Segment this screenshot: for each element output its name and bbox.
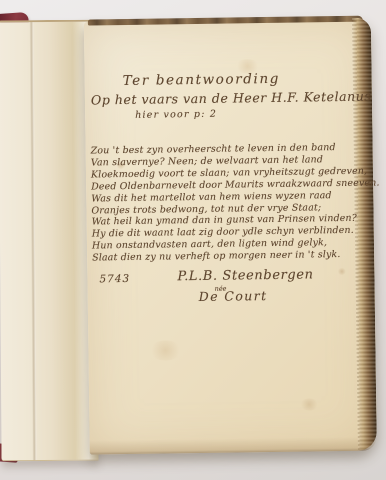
heading-line-1: Ter beantwoording: [123, 71, 280, 89]
handwritten-text-layer: Ter beantwoording Op het vaars van de He…: [84, 18, 377, 455]
poem-block: Zou 't best zyn overheerscht te leven in…: [91, 141, 381, 264]
signature-surname: De Court: [199, 288, 268, 304]
heading-line-2: Op het vaars van de Heer H.F. Ketelanus: [91, 89, 372, 108]
catalog-number: 5743: [99, 273, 130, 285]
photo-backdrop: Ter beantwoording Op het vaars van de He…: [0, 0, 386, 480]
gutter-crease: [29, 22, 36, 460]
flyleaf-page: [0, 20, 99, 462]
manuscript-page: Ter beantwoording Op het vaars van de He…: [84, 18, 377, 455]
signature-name: P.L.B. Steenbergen: [177, 267, 313, 284]
heading-line-3: hier voor p: 2: [135, 109, 217, 121]
